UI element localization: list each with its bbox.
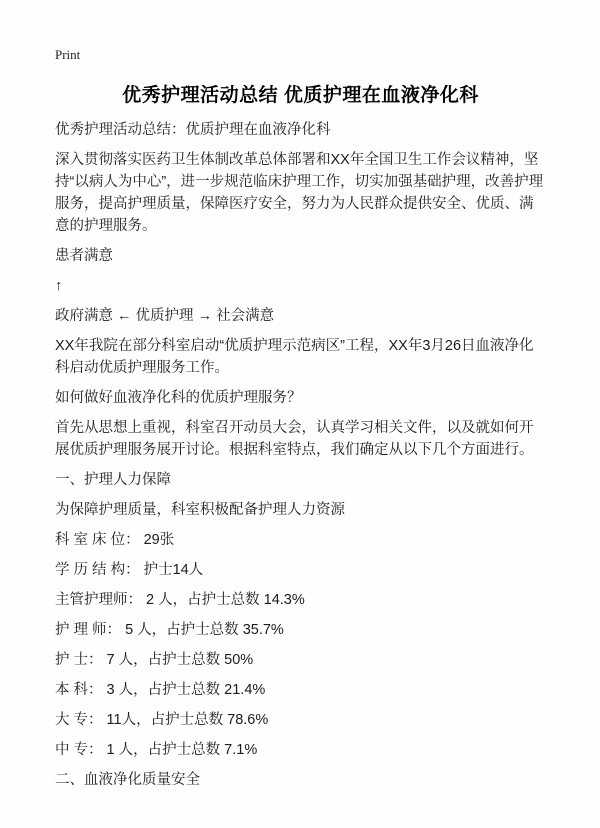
launch-paragraph: XX年我院在部分科室启动“优质护理示范病区”工程，XX年3月26日血液净化科启动… [55,335,546,379]
diagram-flow-line-text: 政府满意 ← 优质护理 → 社会满意 [55,305,546,327]
staffing-line-charge-nurses: 主管护理师： 2 人，占护士总数 14.3% [55,589,546,611]
document-page: Print 优秀护理活动总结 优质护理在血液净化科 优秀护理活动总结：优质护理在… [0,0,600,828]
diagram-up-arrow-text: ↑ [55,275,546,297]
print-button[interactable]: Print [55,47,80,63]
staffing-line-college: 大 专： 11人，占护士总数 78.6% [55,709,546,731]
staffing-line-nurse-practitioners: 护 理 师： 5 人，占护士总数 35.7% [55,619,546,641]
document-title: 优秀护理活动总结 优质护理在血液净化科 [55,83,546,109]
staffing-line-nurses: 护 士： 7 人，占护士总数 50% [55,649,546,671]
section-1-intro: 为保障护理质量，科室积极配备护理人力资源 [55,499,546,521]
diagram-patient-satisfaction-text: 患者满意 [55,245,546,267]
staffing-line-education-structure: 学 历 结 构： 护士14人 [55,559,546,581]
document-subtitle: 优秀护理活动总结：优质护理在血液净化科 [55,119,546,141]
approach-paragraph: 首先从思想上重视，科室召开动员大会，认真学习相关文件，以及就如何开展优质护理服务… [55,417,546,461]
staffing-line-secondary: 中 专： 1 人，占护士总数 7.1% [55,739,546,761]
staffing-line-beds: 科 室 床 位： 29张 [55,529,546,551]
question-line: 如何做好血液净化科的优质护理服务？ [55,387,546,409]
staffing-line-bachelor: 本 科： 3 人，占护士总数 21.4% [55,679,546,701]
section-2-heading: 二、血液净化质量安全 [55,769,546,791]
section-1-heading: 一、护理人力保障 [55,469,546,491]
intro-paragraph: 深入贯彻落实医药卫生体制改革总体部署和XX年全国卫生工作会议精神，坚持“以病人为… [55,149,546,237]
